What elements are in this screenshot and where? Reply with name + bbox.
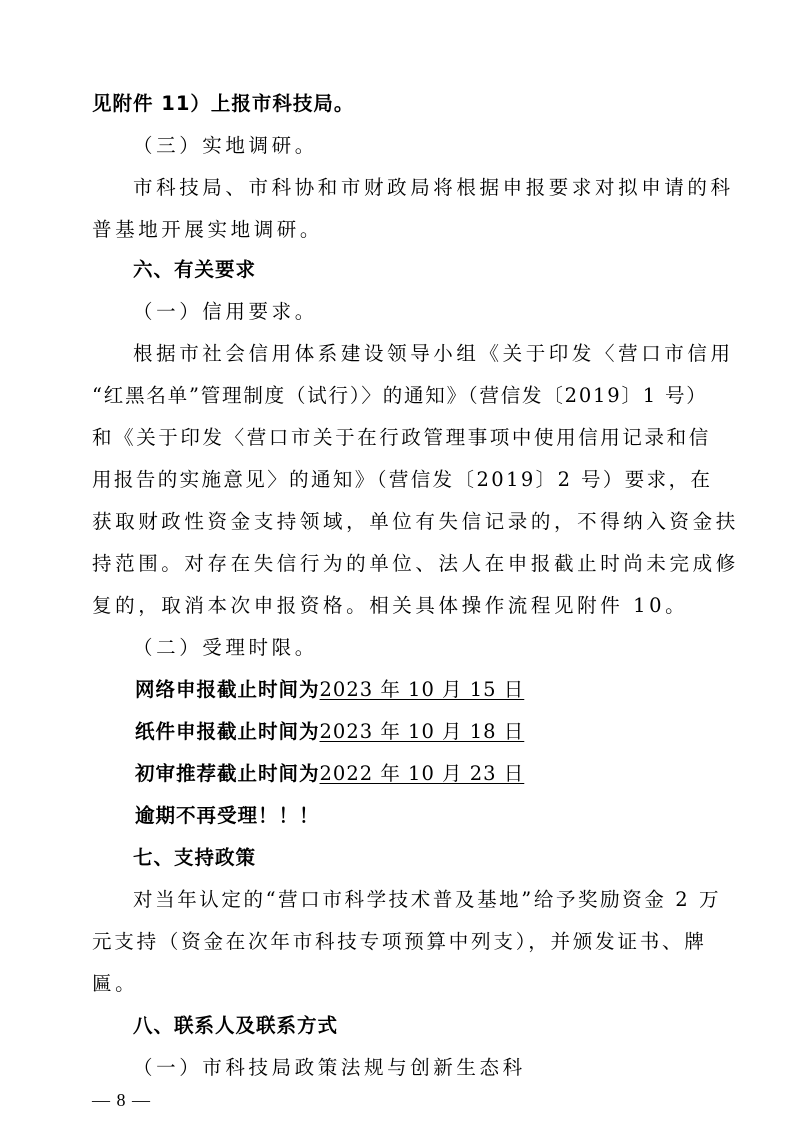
deadline-label: 网络申报截止时间为 <box>135 678 320 701</box>
paragraph-line: 匾。 <box>92 972 138 996</box>
paragraph-line: 对当年认定的“营口市科学技术普及基地”给予奖励资金 2 万 <box>133 888 721 912</box>
paragraph-line: 见附件 11）上报市科技局。 <box>92 92 354 116</box>
deadline-online: 网络申报截止时间为2023 年 10 月 15 日 <box>135 678 524 702</box>
subheading-credit: （一）信用要求。 <box>133 300 318 324</box>
late-notice: 逾期不再受理！！！ <box>135 804 320 828</box>
paragraph-line: 根据市社会信用体系建设领导小组《关于印发〈营口市信用 <box>133 342 734 366</box>
subheading-site-survey: （三）实地调研。 <box>133 134 318 158</box>
paragraph-line: 市科技局、市科协和市财政局将根据申报要求对拟申请的科 <box>133 176 734 200</box>
section-heading-requirements: 六、有关要求 <box>133 258 256 282</box>
deadline-label: 纸件申报截止时间为 <box>135 720 320 743</box>
deadline-date: 2023 年 10 月 18 日 <box>320 720 525 743</box>
deadline-date: 2022 年 10 月 23 日 <box>320 762 525 785</box>
deadline-paper: 纸件申报截止时间为2023 年 10 月 18 日 <box>135 720 524 744</box>
subheading-contact-dept: （一）市科技局政策法规与创新生态科 <box>133 1056 526 1080</box>
paragraph-line: “红黑名单”管理制度（试行）〉的通知》（营信发〔2019〕1 号） <box>92 384 708 408</box>
paragraph-line: 普基地开展实地调研。 <box>92 218 323 242</box>
deadline-preliminary: 初审推荐截止时间为2022 年 10 月 23 日 <box>135 762 524 786</box>
section-heading-support-policy: 七、支持政策 <box>133 846 256 870</box>
subheading-time-limit: （二）受理时限。 <box>133 636 318 660</box>
section-heading-contacts: 八、联系人及联系方式 <box>133 1014 338 1038</box>
paragraph-line: 元支持（资金在次年市科技专项预算中列支），并颁发证书、牌 <box>92 930 707 954</box>
document-page: 见附件 11）上报市科技局。 （三）实地调研。 市科技局、市科协和市财政局将根据… <box>0 0 794 1123</box>
paragraph-line: 获取财政性资金支持领域，单位有失信记录的，不得纳入资金扶 <box>92 510 739 534</box>
paragraph-line: 持范围。对存在失信行为的单位、法人在申报截止时尚未完成修 <box>92 552 739 576</box>
paragraph-line: 复的，取消本次申报资格。相关具体操作流程见附件 10。 <box>92 594 688 618</box>
paragraph-line: 和《关于印发〈营口市关于在行政管理事项中使用信用记录和信 <box>92 426 711 450</box>
paragraph-line: 用报告的实施意见〉的通知》（营信发〔2019〕2 号）要求，在 <box>92 468 712 492</box>
deadline-label: 初审推荐截止时间为 <box>135 762 320 785</box>
deadline-date: 2023 年 10 月 15 日 <box>320 678 525 701</box>
page-number: — 8 — <box>92 1090 151 1111</box>
